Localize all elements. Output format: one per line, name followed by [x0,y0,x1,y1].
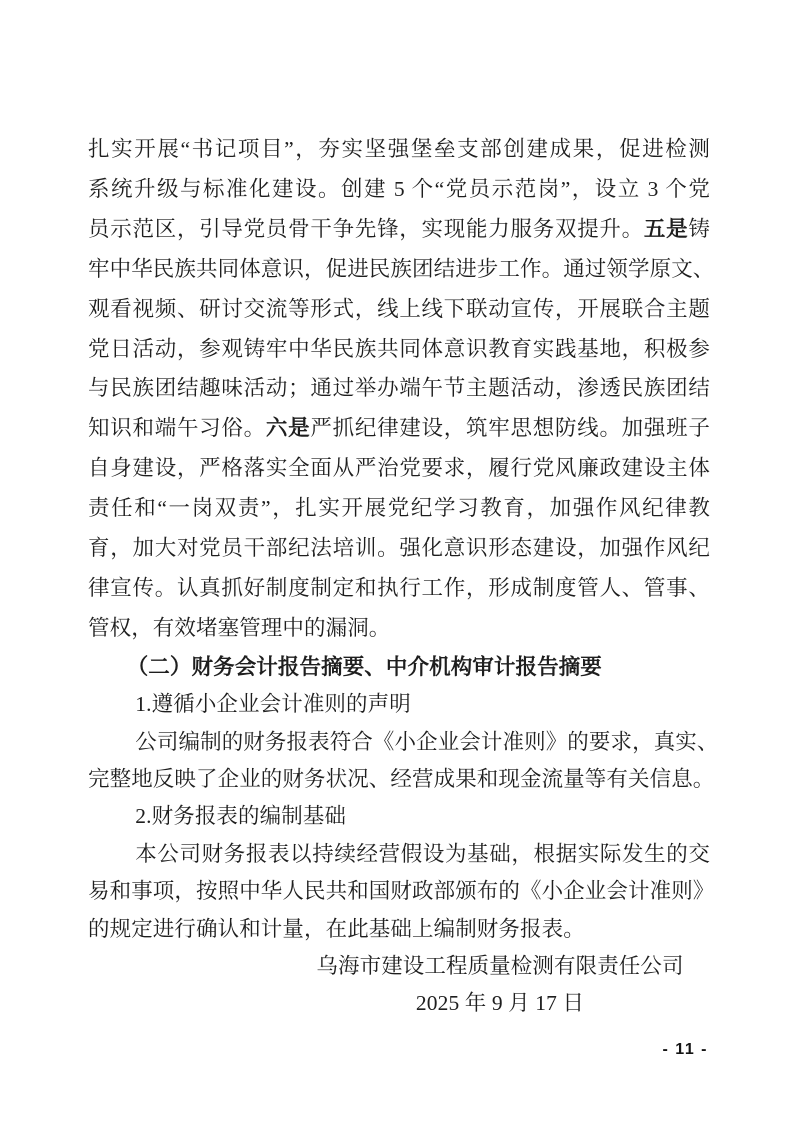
text-line: 责任和“一岗双责”，扎实开展党纪学习教育，加强作风纪律教 [88,489,710,529]
page-number: - 11 - [663,1041,708,1059]
text-segment: （二）财务会计报告摘要、中介机构审计报告摘要 [127,655,602,679]
section-heading: （二）财务会计报告摘要、中介机构审计报告摘要 [88,649,710,686]
text-segment: 员示范区，引导党员骨干争先锋，实现能力服务双提升。 [88,217,644,241]
bold-phrase: 六是 [266,416,310,440]
text-segment: 1.遵循小企业会计准则的声明 [135,692,411,716]
bold-phrase: 五是 [644,217,688,241]
text-segment: 易和事项，按照中华人民共和国财政部颁布的《小企业会计准则》 [88,879,714,903]
text-segment: 党日活动，参观铸牢中华民族共同体意识教育实践基地，积极参 [88,337,710,361]
text-segment: 系统升级与标准化建设。创建 5 个“党员示范岗”，设立 3 个党 [88,177,710,201]
text-segment: 严抓纪律建设，筑牢思想防线。加强班子 [310,416,710,440]
text-line: 律宣传。认真抓好制度制定和执行工作，形成制度管人、管事、 [88,569,710,609]
text-segment: 育，加大对党员干部纪法培训。强化意识形态建设，加强作风纪 [88,536,710,560]
paragraph-party-work: 扎实开展“书记项目”，夯实坚强堡垒支部创建成果，促进检测系统升级与标准化建设。创… [88,130,710,649]
text-segment: 责任和“一岗双责”，扎实开展党纪学习教育，加强作风纪律教 [88,496,710,520]
text-segment: 知识和端午习俗。 [88,416,266,440]
document-body: 扎实开展“书记项目”，夯实坚强堡垒支部创建成果，促进检测系统升级与标准化建设。创… [88,130,710,1023]
text-segment: 管权，有效堵塞管理中的漏洞。 [88,616,390,640]
text-line: 本公司财务报表以持续经营假设为基础，根据实际发生的交 [88,836,710,873]
text-line: 知识和端午习俗。六是严抓纪律建设，筑牢思想防线。加强班子 [88,409,710,449]
signature-date: 2025 年 9 月 17 日 [300,985,700,1022]
text-line: 完整地反映了企业的财务状况、经营成果和现金流量等有关信息。 [88,761,710,798]
text-line: 易和事项，按照中华人民共和国财政部颁布的《小企业会计准则》 [88,873,710,910]
text-segment: 与民族团结趣味活动；通过举办端午节主题活动，渗透民族团结 [88,376,710,400]
text-line: 2.财务报表的编制基础 [88,798,710,835]
text-line: 员示范区，引导党员骨干争先锋，实现能力服务双提升。五是铸 [88,210,710,250]
document-page: 扎实开展“书记项目”，夯实坚强堡垒支部创建成果，促进检测系统升级与标准化建设。创… [0,0,793,1122]
text-segment: 自身建设，严格落实全面从严治党要求，履行党风廉政建设主体 [88,456,710,480]
signature-block: 乌海市建设工程质量检测有限责任公司 2025 年 9 月 17 日 [300,948,700,1023]
text-line: 的规定进行确认和计量，在此基础上编制财务报表。 [88,911,710,948]
text-line: 观看视频、研讨交流等形式，线上线下联动宣传，开展联合主题 [88,290,710,330]
text-segment: 公司编制的财务报表符合《小企业会计准则》的要求，真实、 [135,730,718,754]
section-financial-summary: （二）财务会计报告摘要、中介机构审计报告摘要1.遵循小企业会计准则的声明公司编制… [88,649,710,948]
text-segment: 律宣传。认真抓好制度制定和执行工作，形成制度管人、管事、 [88,576,710,600]
text-segment: 完整地反映了企业的财务状况、经营成果和现金流量等有关信息。 [88,767,714,791]
text-line: 牢中华民族共同体意识，促进民族团结进步工作。通过领学原文、 [88,250,710,290]
company-name: 乌海市建设工程质量检测有限责任公司 [300,948,700,985]
text-segment: 本公司财务报表以持续经营假设为基础，根据实际发生的交 [135,842,710,866]
text-segment: 2.财务报表的编制基础 [135,804,346,828]
text-segment: 铸 [688,217,710,241]
text-segment: 扎实开展“书记项目”，夯实坚强堡垒支部创建成果，促进检测 [88,137,710,161]
text-line: 育，加大对党员干部纪法培训。强化意识形态建设，加强作风纪 [88,529,710,569]
text-line: 与民族团结趣味活动；通过举办端午节主题活动，渗透民族团结 [88,369,710,409]
text-line: 管权，有效堵塞管理中的漏洞。 [88,609,710,649]
text-line: 党日活动，参观铸牢中华民族共同体意识教育实践基地，积极参 [88,330,710,370]
text-segment: 牢中华民族共同体意识，促进民族团结进步工作。通过领学原文、 [88,257,714,281]
text-line: 系统升级与标准化建设。创建 5 个“党员示范岗”，设立 3 个党 [88,170,710,210]
text-segment: 观看视频、研讨交流等形式，线上线下联动宣传，开展联合主题 [88,297,710,321]
text-segment: 的规定进行确认和计量，在此基础上编制财务报表。 [88,917,585,941]
text-line: 公司编制的财务报表符合《小企业会计准则》的要求，真实、 [88,724,710,761]
text-line: 自身建设，严格落实全面从严治党要求，履行党风廉政建设主体 [88,449,710,489]
text-line: 1.遵循小企业会计准则的声明 [88,686,710,723]
text-line: 扎实开展“书记项目”，夯实坚强堡垒支部创建成果，促进检测 [88,130,710,170]
